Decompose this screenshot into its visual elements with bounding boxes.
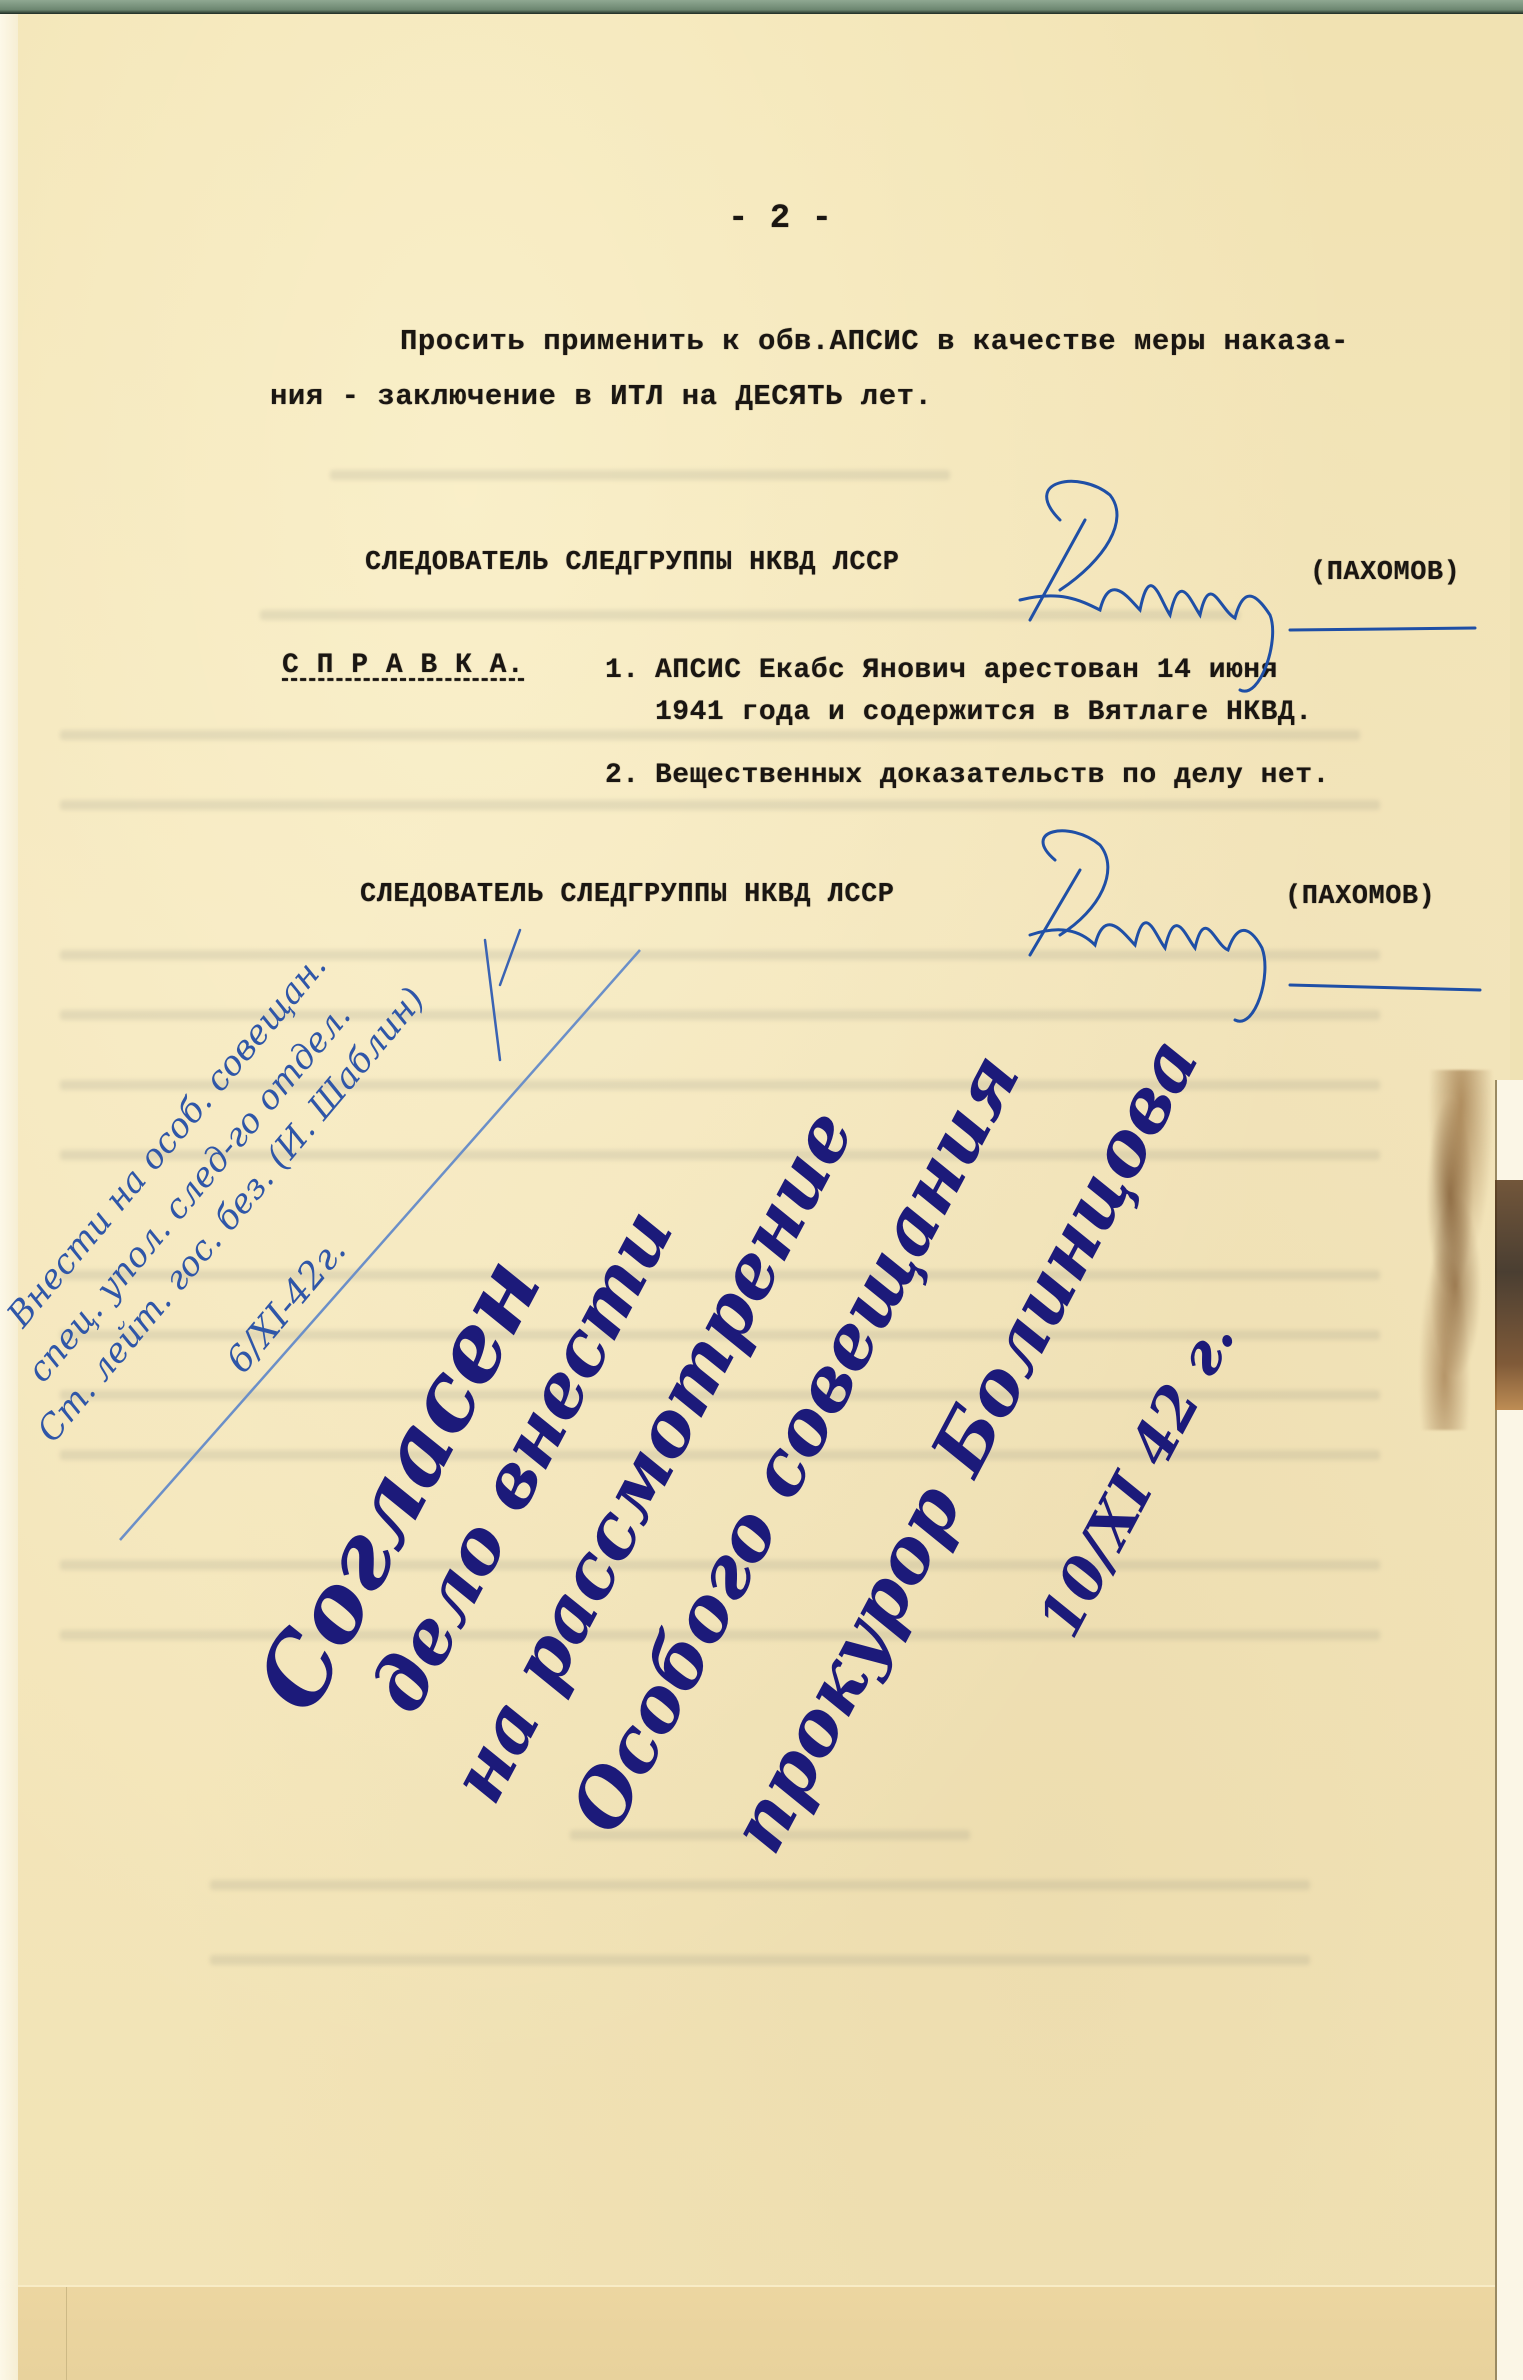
spravka-heading: С П Р А В К А. — [282, 650, 524, 681]
spravka-item-1-number: 1. — [605, 655, 640, 686]
folder-edge-left — [0, 14, 19, 2380]
ink-stain — [1395, 1070, 1505, 1430]
signature-title-2: СЛЕДОВАТЕЛЬ СЛЕДГРУППЫ НКВД ЛССР — [360, 880, 894, 910]
bottom-fold — [18, 2285, 1495, 2380]
spravka-item-2-line-1: Вещественных доказательств по делу нет. — [655, 760, 1330, 791]
signature-name-2: (ПАХОМОВ) — [1285, 882, 1435, 912]
ink-stain-edge — [1495, 1180, 1523, 1410]
body-line-1: Просить применить к обв.АПСИС в качестве… — [400, 325, 1349, 358]
spravka-item-1-line-1: АПСИС Екабс Янович арестован 14 июня — [655, 655, 1278, 686]
spravka-item-1-line-2: 1941 года и содержится в Вятлаге НКВД. — [655, 697, 1313, 728]
page-number: - 2 - — [728, 200, 833, 238]
folder-edge-top — [0, 0, 1523, 14]
body-line-2: ния - заключение в ИТЛ на ДЕСЯТЬ лет. — [270, 380, 932, 413]
signature-title-1: СЛЕДОВАТЕЛЬ СЛЕДГРУППЫ НКВД ЛССР — [365, 548, 899, 578]
spravka-item-2-number: 2. — [605, 760, 640, 791]
signature-name-1: (ПАХОМОВ) — [1310, 558, 1460, 588]
